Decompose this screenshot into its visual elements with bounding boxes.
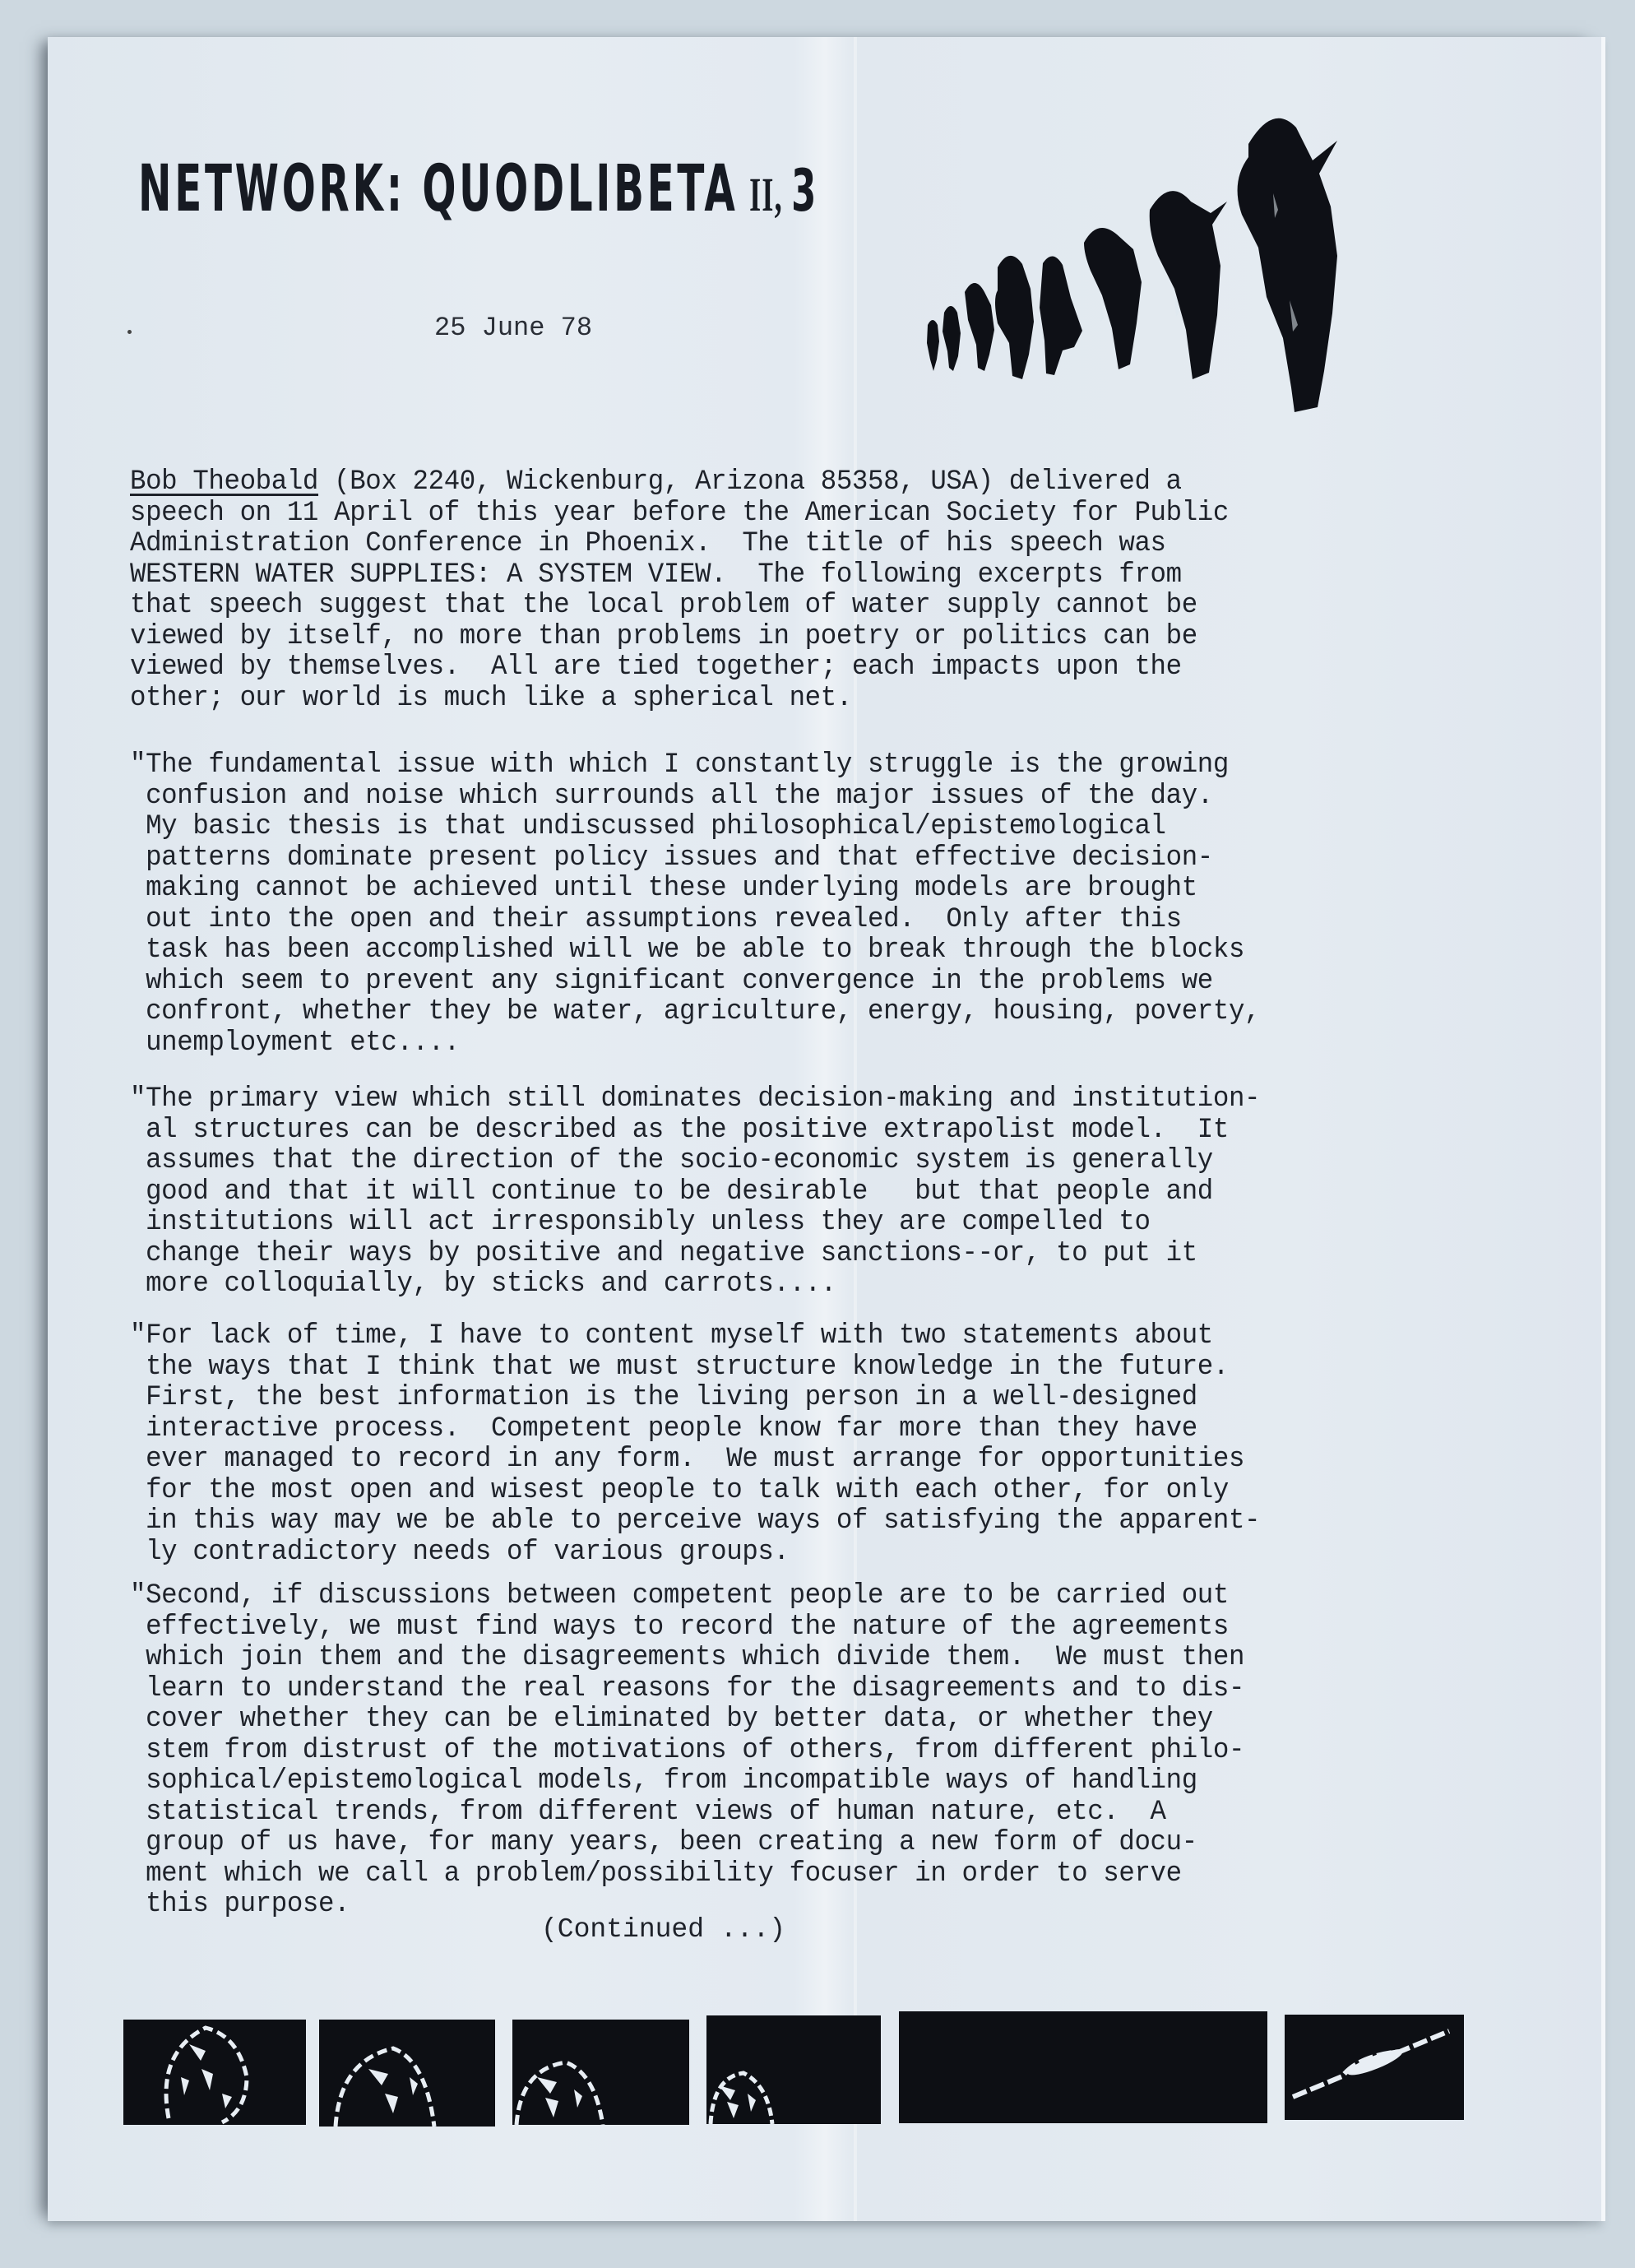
newsletter-page: NETWORK: QUODLIBETAII, 3 25 June 78 Bob … [48, 37, 1602, 2221]
hooded-figures-illustration [919, 86, 1495, 432]
continued-note: (Continued ...) [541, 1914, 785, 1945]
quote-paragraph-2: "The primary view which still dominates … [130, 1083, 1260, 1300]
quote-paragraph-4: "Second, if discussions between competen… [130, 1580, 1244, 1920]
intro-paragraph: Bob Theobald (Box 2240, Wickenburg, Ariz… [130, 466, 1229, 713]
black-frame [899, 2011, 1267, 2123]
paper-edge [1601, 37, 1605, 2221]
earth-frame-4 [706, 2015, 881, 2124]
earth-edge-frame [1285, 2015, 1464, 2120]
earth-frame-1 [123, 2020, 306, 2125]
author-name: Bob Theobald [130, 466, 318, 498]
earth-film-strip [123, 2011, 1554, 2127]
quote-paragraph-1: "The fundamental issue with which I cons… [130, 749, 1260, 1058]
title-text: NETWORK: QUODLIBETA [138, 152, 739, 226]
issue-number: II, 3 [749, 168, 817, 221]
newsletter-title: NETWORK: QUODLIBETAII, 3 [138, 152, 817, 226]
issue-date: 25 June 78 [434, 313, 592, 343]
earth-frame-3 [512, 2020, 689, 2125]
ink-speck [127, 330, 132, 334]
quote-paragraph-3: "For lack of time, I have to content mys… [130, 1320, 1260, 1567]
earth-frame-2 [319, 2020, 495, 2127]
